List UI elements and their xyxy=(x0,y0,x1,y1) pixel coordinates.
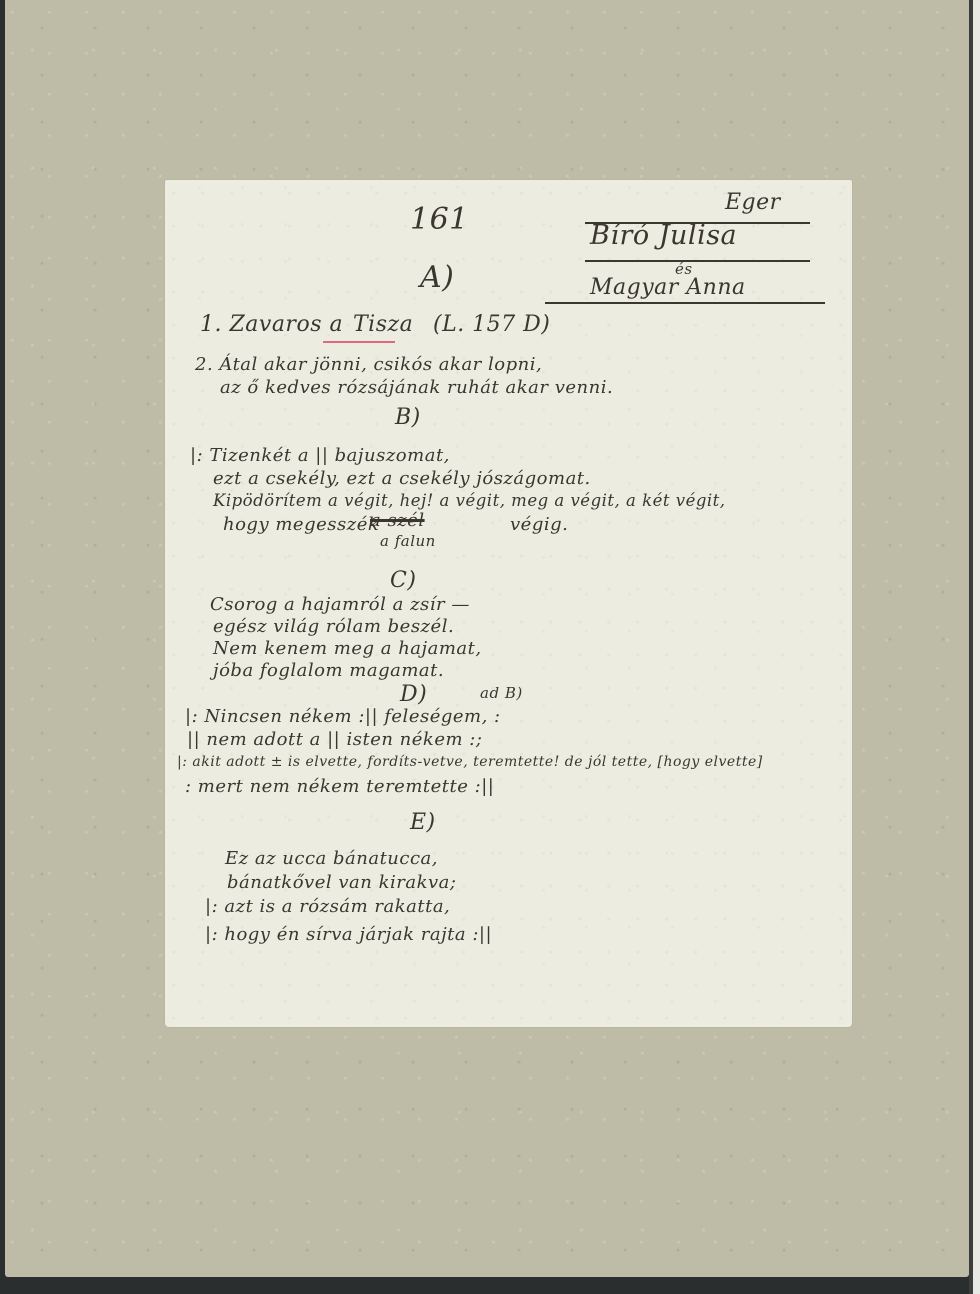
section-d-label: D) xyxy=(400,682,427,707)
cross-reference: (L. 157 D) xyxy=(433,312,550,337)
inserted-text: a falun xyxy=(380,532,436,550)
section-b-line-2: ezt a csekély, ezt a csekély jószágomat. xyxy=(213,468,591,489)
section-c-line-3: Nem kenem meg a hajamat, xyxy=(213,638,482,659)
section-d-line-1: |: Nincsen nékem :|| feleségem, : xyxy=(185,706,501,727)
section-a-line-2b: az ő kedves rózsájának ruhát akar venni. xyxy=(220,377,613,398)
section-d-line-4: : mert nem nékem teremtette :|| xyxy=(185,776,494,797)
section-e-line-1: Ez az ucca bánatucca, xyxy=(225,848,438,869)
section-d-line-3: |: akit adott ± is elvette, fordíts-vetv… xyxy=(177,754,763,770)
informant-1: Bíró Julisa xyxy=(590,220,737,251)
section-e-line-3: |: azt is a rózsám rakatta, xyxy=(205,896,450,917)
struck-out-text: a szél xyxy=(370,510,425,531)
informant-1-underline xyxy=(585,260,810,262)
informant-2: Magyar Anna xyxy=(590,275,746,300)
section-a-line-1-prefix: 1. Zavaros a xyxy=(200,312,343,337)
section-c-line-4: jóba foglalom magamat. xyxy=(213,660,444,681)
section-b-line-4-end: végig. xyxy=(510,514,568,535)
underlined-word: Tisza xyxy=(353,312,413,337)
red-pencil-underline xyxy=(323,341,395,343)
section-e-label: E) xyxy=(410,810,436,835)
section-c-label: C) xyxy=(390,568,416,593)
section-d-line-2: || nem adott a || isten nékem :; xyxy=(187,729,482,750)
section-b-label: B) xyxy=(395,405,421,430)
scan-edge-strip xyxy=(973,0,980,1294)
section-d-note: ad B) xyxy=(480,684,523,702)
section-c-line-2: egész világ rólam beszél. xyxy=(213,616,454,637)
place-name: Eger xyxy=(725,190,781,215)
section-b-line-3: Kipödörítem a végit, hej! a végit, meg a… xyxy=(213,491,726,510)
section-b-line-1: |: Tizenkét a || bajuszomat, xyxy=(190,445,450,466)
section-c-line-1: Csorog a hajamról a zsír — xyxy=(210,594,470,615)
section-e-line-4: |: hogy én sírva járjak rajta :|| xyxy=(205,924,492,945)
section-a-line-2a: 2. Átal akar jönni, csikós akar lopni, xyxy=(195,354,542,375)
manuscript-sheet: 161 Eger Bíró Julisa és Magyar Anna A) 1… xyxy=(165,180,852,1027)
section-b-line-4-start: hogy megesszék xyxy=(223,514,379,535)
section-e-line-2: bánatkővel van kirakva; xyxy=(227,872,456,893)
informant-2-underline xyxy=(545,302,825,304)
page-number: 161 xyxy=(410,202,469,237)
section-a-label: A) xyxy=(420,260,454,295)
